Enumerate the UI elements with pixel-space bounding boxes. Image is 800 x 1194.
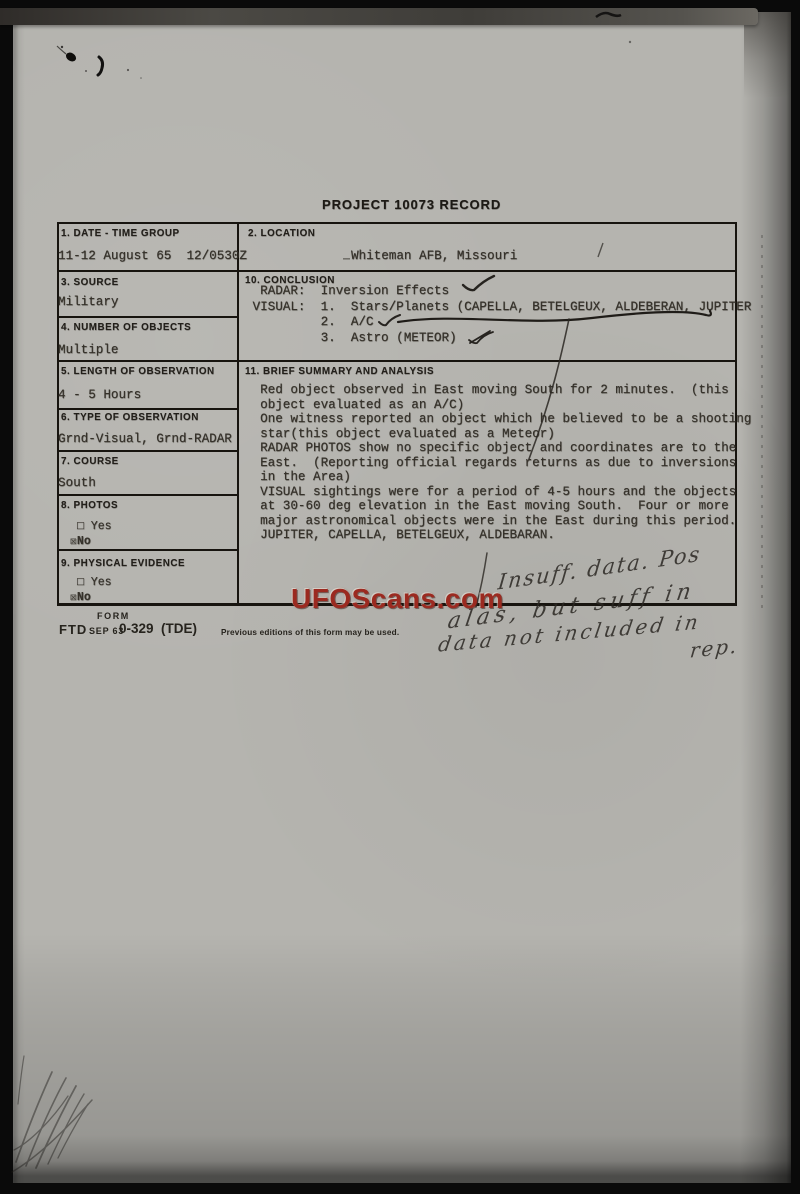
field-label-location: 2. LOCATION [248,228,315,239]
page-title: PROJECT 10073 RECORD [322,197,501,212]
field-value-length-of-observation: 4 - 5 Hours [58,388,141,402]
row-divider [57,360,737,362]
field-value-number-of-objects: Multiple [58,343,118,357]
field-label-brief-summary: 11. BRIEF SUMMARY AND ANALYSIS [245,366,434,377]
watermark-label: UFOScans.com [291,583,504,615]
row-divider [57,316,239,318]
footer-previous-editions-note: Previous editions of this form may be us… [221,628,399,637]
conclusion-text: RADAR: Inversion Effects VISUAL: 1. Star… [245,284,751,346]
scanned-document: PROJECT 10073 RECORD 1. DATE - TIME GROU… [0,0,800,1194]
scan-top-band [0,8,758,25]
text-line: One witness reported an object which he … [245,412,751,427]
field-value-type-of-observation: Grnd-Visual, Grnd-RADAR [58,432,232,446]
text-line: 2. A/C [245,315,751,331]
row-divider [57,408,239,410]
photos-checkbox-no-checked: ☒No [70,533,91,548]
footer-ftd: FTD [59,622,87,637]
text-line: JUPITER, CAPELLA, BETELGEUX, ALDEBARAN. [245,528,751,543]
text-line: major astronomical objects were in the E… [245,514,751,529]
field-label-date-time-group: 1. DATE - TIME GROUP [61,228,180,239]
field-label-number-of-objects: 4. NUMBER OF OBJECTS [61,322,191,333]
field-label-type-of-observation: 6. TYPE OF OBSERVATION [61,412,199,423]
text-line: 3. Astro (METEOR) [245,331,751,347]
text-line: at 30-60 deg elevation in the East movin… [245,499,751,514]
text-line: star(this object evaluated as a Meteor) [245,427,751,442]
field-label-length-of-observation: 5. LENGTH OF OBSERVATION [61,366,215,377]
text-line: in the Area) [245,470,751,485]
field-label-course: 7. COURSE [61,456,119,467]
physical-evidence-checkbox-no-checked: ☒No [70,589,91,604]
text-line: object evaluated as an A/C) [245,398,751,413]
photos-checkbox-yes: □ Yes [77,520,112,533]
text-line: Red object observed in East moving South… [245,383,751,398]
footer-form-number: 0-329 (TDE) [119,621,197,636]
table-border-top [57,222,737,224]
field-value-date-time-group: 11-12 August 65 12/0530Z [58,249,247,263]
row-divider [57,450,239,452]
text-line: East. (Reporting official regards return… [245,456,751,471]
text-line: VISUAL: 1. Stars/Planets (CAPELLA, BETEL… [245,300,751,316]
field-label-physical-evidence: 9. PHYSICAL EVIDENCE [61,558,185,569]
physical-evidence-checkbox-yes: □ Yes [77,576,112,589]
field-value-location: Whiteman AFB, Missouri [351,249,517,263]
field-label-photos: 8. PHOTOS [61,500,118,511]
field-value-source: Military [58,295,118,309]
text-line: RADAR: Inversion Effects [245,284,751,300]
summary-text: Red object observed in East moving South… [245,383,751,543]
field-label-source: 3. SOURCE [61,277,119,288]
row-divider [57,270,737,272]
row-divider [57,549,239,551]
text-line: VISUAL sightings were for a period of 4-… [245,485,751,500]
field-value-course: South [58,476,96,490]
row-divider [57,494,239,496]
footer-form-word: FORM [97,611,130,621]
text-line: RADAR PHOTOS show no specific object and… [245,441,751,456]
